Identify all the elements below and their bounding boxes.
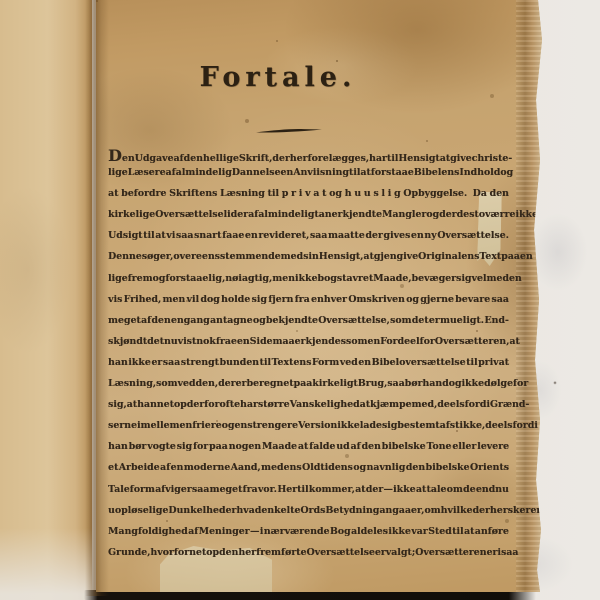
book-photo: Fortale. DenUdgaveafdenhelligeSkrift,der… bbox=[0, 0, 600, 600]
text-line: sig,athannetopderforofteharstørreVanskel… bbox=[108, 399, 509, 420]
text-line: visFrihed,menvildogholdesigfjernfraenhve… bbox=[108, 294, 509, 315]
text-line: Udsigttilatvisaasnartfaaeenrevideret,saa… bbox=[108, 230, 509, 251]
text-line: serneimellemenfriereogenstrengereVersion… bbox=[108, 420, 509, 441]
facing-blank-page bbox=[0, 0, 92, 600]
text-line: atbefordreSkriftensLæsningtilprivatoghuu… bbox=[108, 188, 509, 209]
text-line: Grunde,hvorfornetopdenherfremførteOversæ… bbox=[108, 547, 509, 568]
text-line: etArbeideafenmoderneAand,medensOldtidens… bbox=[108, 462, 509, 483]
text-line: Læsning,somvedden,dererberegnetpaakirkel… bbox=[108, 378, 509, 399]
text-line: uopløseligeDunkelhederhvadenkelteOrdsBet… bbox=[108, 505, 509, 526]
title-divider-rule bbox=[256, 126, 322, 136]
text-line: MangfoldighedafMeninger—inærværendeBogal… bbox=[108, 526, 509, 547]
text-line: skjøndtdetnuvistnokfraeenSidemaaerkjende… bbox=[108, 336, 509, 357]
text-line: Dennesøger,overeensstemmendemedsinHensig… bbox=[108, 251, 509, 272]
text-line: hanbørvogtesigforpaanogenMaadeatfaldeuda… bbox=[108, 441, 509, 462]
text-line: Taleformafvigersaamegetfravor.Hertilkomm… bbox=[108, 484, 509, 505]
text-line: ligefremogforstaaelig,nøiagtig,menikkebo… bbox=[108, 273, 509, 294]
body-text: DenUdgaveafdenhelligeSkrift,derherforelæ… bbox=[108, 146, 509, 568]
text-line: kirkeligeOversættelseliderafalmindeligta… bbox=[108, 209, 509, 230]
preface-page: Fortale. DenUdgaveafdenhelligeSkrift,der… bbox=[96, 0, 542, 592]
text-line: megetafdenengangantagneogbekjendteOversæ… bbox=[108, 315, 509, 336]
page-title: Fortale. bbox=[96, 62, 460, 93]
text-line: hanikkeersaastrengtbundentilTextensFormv… bbox=[108, 357, 509, 378]
book-gutter-crease bbox=[85, 0, 109, 596]
text-line: DenUdgaveafdenhelligeSkrift,derherforelæ… bbox=[108, 146, 509, 167]
text-line: ligeLæsereafalmindeligDannelseenAnviisni… bbox=[108, 167, 509, 188]
